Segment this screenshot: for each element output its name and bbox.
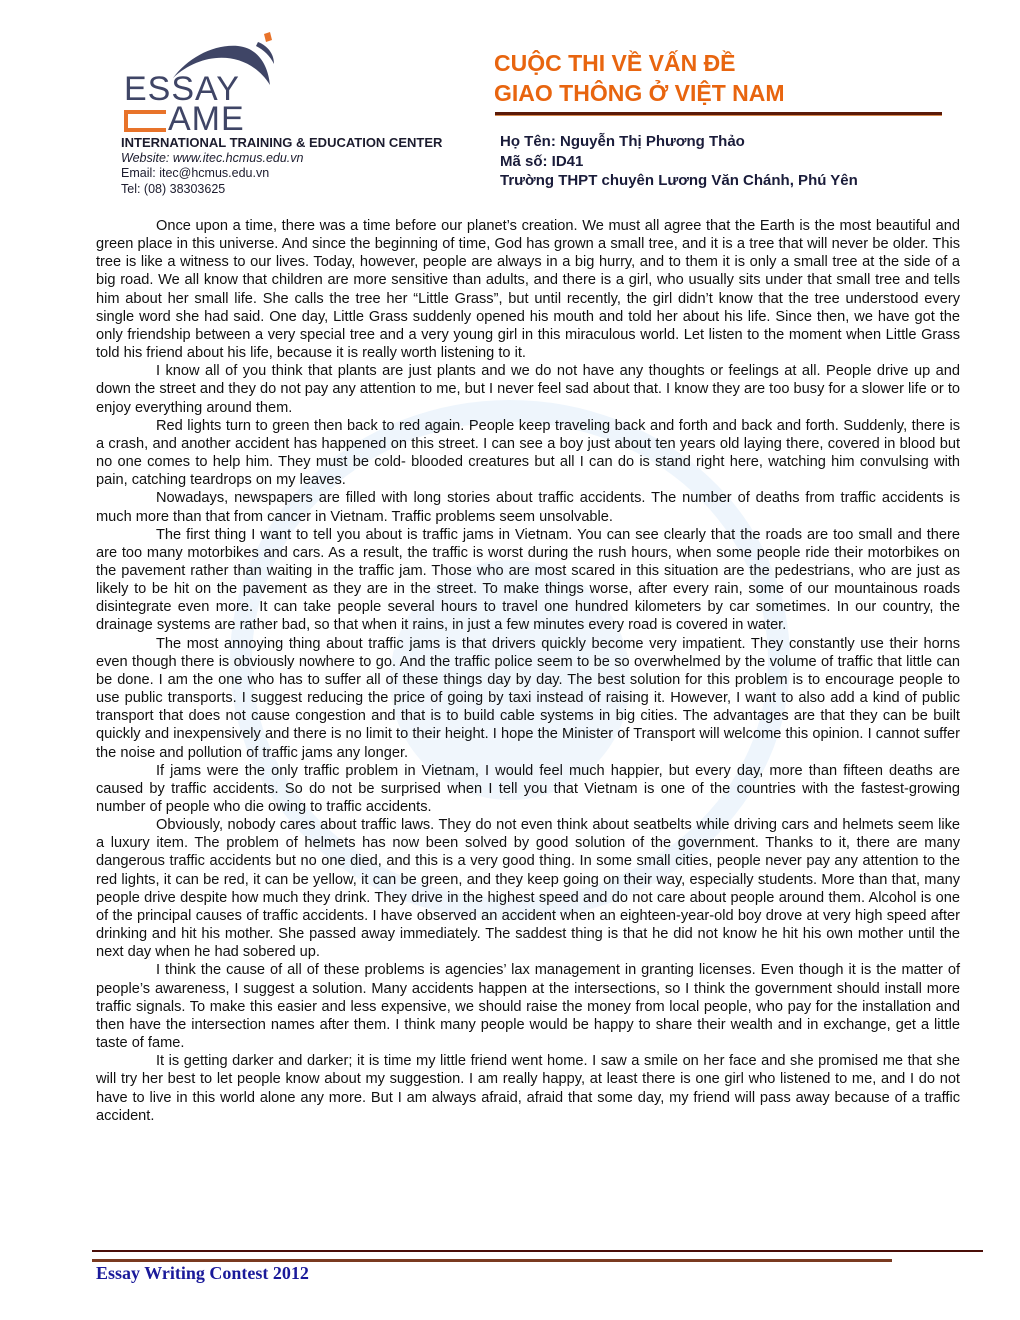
contest-title-line1: CUỘC THI VỀ VẤN ĐỀ xyxy=(494,48,785,78)
essay-paragraph: The most annoying thing about traffic ja… xyxy=(96,635,960,762)
essay-paragraph: Obviously, nobody cares about traffic la… xyxy=(96,816,960,961)
logo-g-shape-icon xyxy=(124,110,166,132)
organization-website: Website: www.itec.hcmus.edu.vn xyxy=(121,151,442,167)
essay-game-logo: ESSAY AME xyxy=(118,30,298,130)
essay-paragraph: Nowadays, newspapers are filled with lon… xyxy=(96,489,960,525)
organization-tel: Tel: (08) 38303625 xyxy=(121,182,442,198)
contest-title-line2: GIAO THÔNG Ở VIỆT NAM xyxy=(494,78,785,108)
essay-paragraph: If jams were the only traffic problem in… xyxy=(96,762,960,816)
essay-body: Once upon a time, there was a time befor… xyxy=(96,217,960,1125)
organization-info: INTERNATIONAL TRAINING & EDUCATION CENTE… xyxy=(121,135,442,197)
participant-id: Mã số: ID41 xyxy=(500,152,858,172)
essay-paragraph: I know all of you think that plants are … xyxy=(96,362,960,416)
footer-contest-label: Essay Writing Contest 2012 xyxy=(96,1263,309,1284)
essay-paragraph: Red lights turn to green then back to re… xyxy=(96,417,960,490)
contest-title: CUỘC THI VỀ VẤN ĐỀ GIAO THÔNG Ở VIỆT NAM xyxy=(494,48,785,108)
logo-text-ame: AME xyxy=(168,100,245,138)
essay-paragraph: Once upon a time, there was a time befor… xyxy=(96,217,960,362)
organization-email: Email: itec@hcmus.edu.vn xyxy=(121,166,442,182)
participant-name: Họ Tên: Nguyễn Thị Phương Thảo xyxy=(500,132,858,152)
essay-paragraph: I think the cause of all of these proble… xyxy=(96,961,960,1052)
essay-paragraph: It is getting darker and darker; it is t… xyxy=(96,1052,960,1125)
organization-name: INTERNATIONAL TRAINING & EDUCATION CENTE… xyxy=(121,135,442,151)
essay-paragraph: The first thing I want to tell you about… xyxy=(96,526,960,635)
footer-divider-top xyxy=(92,1250,983,1252)
logo-text-game: AME xyxy=(124,102,245,136)
title-divider xyxy=(495,112,942,116)
footer-divider-bottom xyxy=(92,1259,892,1262)
participant-school: Trường THPT chuyên Lương Văn Chánh, Phú … xyxy=(500,171,858,191)
participant-info: Họ Tên: Nguyễn Thị Phương Thảo Mã số: ID… xyxy=(500,132,858,191)
